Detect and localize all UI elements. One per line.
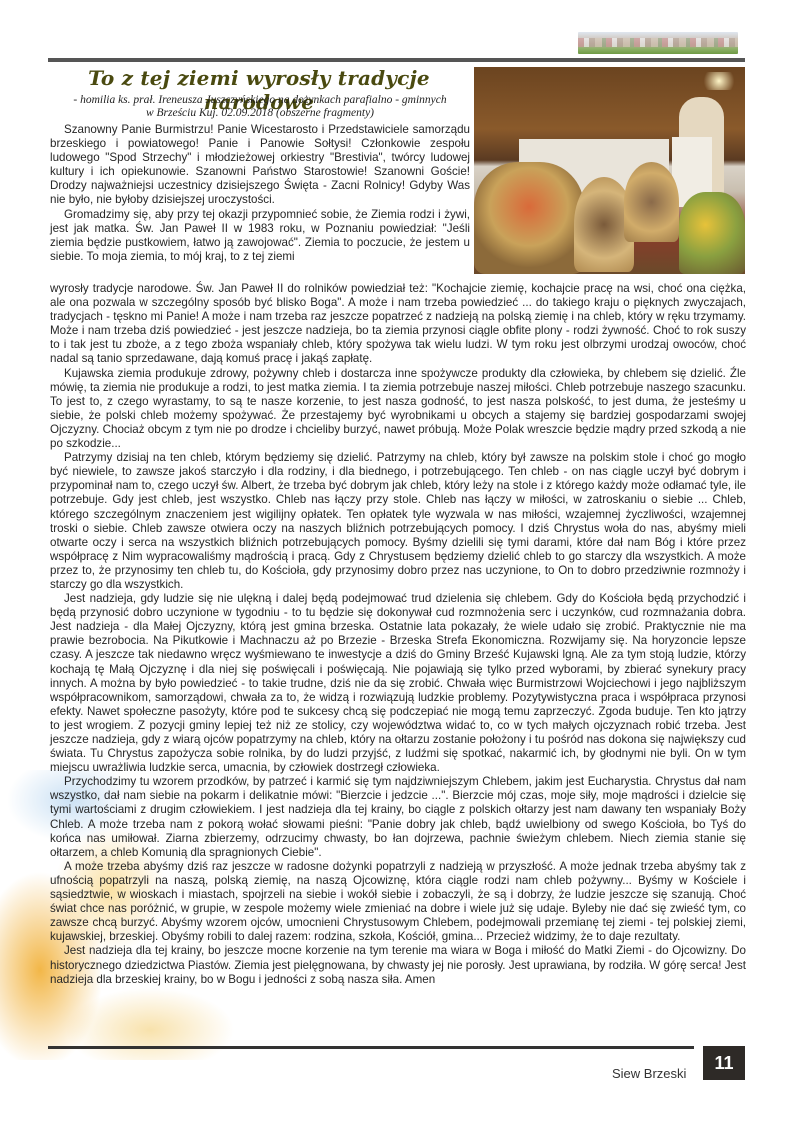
article-body-narrow: Szanowny Panie Burmistrzu! Panie Wicesta… <box>50 123 470 264</box>
paragraph: Przychodzimy tu wzorem przodków, by patr… <box>50 775 746 860</box>
paragraph: wyrosły tradycje narodowe. Św. Jan Paweł… <box>50 282 746 367</box>
paragraph: Kujawska ziemia produkuje zdrowy, pożywn… <box>50 367 746 452</box>
paragraph: Patrzymy dzisiaj na ten chleb, którym bę… <box>50 451 746 592</box>
harvest-festival-photo <box>474 67 745 274</box>
paragraph: Szanowny Panie Burmistrzu! Panie Wicesta… <box>50 123 470 208</box>
bottom-divider <box>48 1046 694 1049</box>
page-number: 11 <box>703 1046 745 1080</box>
publication-name: Siew Brzeski <box>612 1066 686 1081</box>
photo-wreath <box>624 162 679 242</box>
top-divider <box>48 58 745 62</box>
paragraph: A może trzeba abyśmy dziś raz jeszcze w … <box>50 860 746 945</box>
subtitle-line-1: - homilia ks. prał. Ireneusza Juszczyńsk… <box>52 94 468 107</box>
header-banner-image <box>578 32 738 54</box>
photo-chandelier <box>699 72 739 90</box>
article-subtitle: - homilia ks. prał. Ireneusza Juszczyńsk… <box>52 94 468 120</box>
article-body-wide: wyrosły tradycje narodowe. Św. Jan Paweł… <box>50 282 746 987</box>
paragraph: Jest nadzieja dla tej krainy, bo jeszcze… <box>50 944 746 986</box>
paragraph: Gromadzimy się, aby przy tej okazji przy… <box>50 208 470 264</box>
paragraph: Jest nadzieja, gdy ludzie się nie ulękną… <box>50 592 746 775</box>
photo-wreath <box>679 192 745 274</box>
subtitle-line-2: w Brześciu Kuj. 02.09.2018 (obszerne fra… <box>52 107 468 120</box>
photo-wreath <box>474 162 584 274</box>
